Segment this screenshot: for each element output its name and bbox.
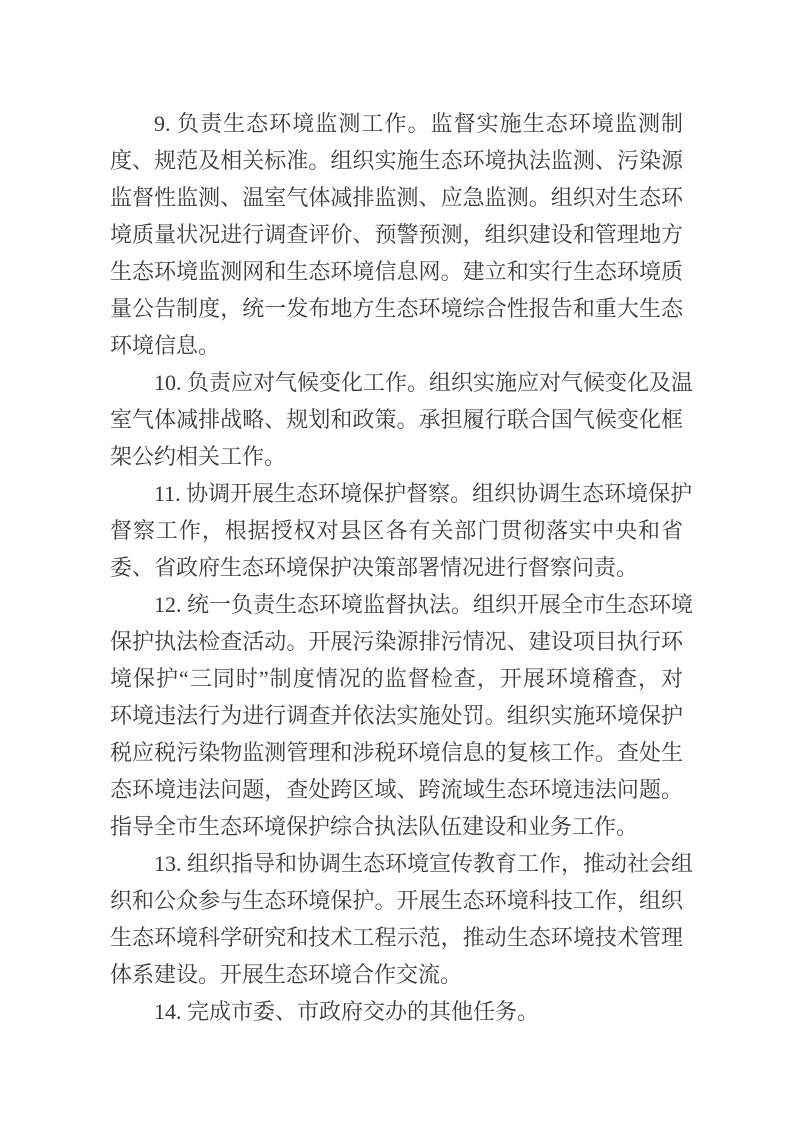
paragraph-item-14: 14. 完成市委、市政府交办的其他任务。	[110, 993, 683, 1030]
paragraph-item-9: 9. 负责生态环境监测工作。监督实施生态环境监测制度、规范及相关标准。组织实施生…	[110, 105, 683, 364]
text-line: 13. 组织指导和协调生态环境宣传教育工作，推动社会组	[110, 845, 683, 882]
text-line: 14. 完成市委、市政府交办的其他任务。	[110, 993, 683, 1030]
text-line: 指导全市生态环境保护综合执法队伍建设和业务工作。	[110, 808, 683, 845]
text-line: 架公约相关工作。	[110, 438, 683, 475]
text-line: 织和公众参与生态环境保护。开展生态环境科技工作，组织	[110, 882, 683, 919]
text-line: 监督性监测、温室气体减排监测、应急监测。组织对生态环	[110, 179, 683, 216]
text-line: 体系建设。开展生态环境合作交流。	[110, 956, 683, 993]
text-line: 10. 负责应对气候变化工作。组织实施应对气候变化及温	[110, 364, 683, 401]
text-line: 生态环境监测网和生态环境信息网。建立和实行生态环境质	[110, 253, 683, 290]
text-line: 度、规范及相关标准。组织实施生态环境执法监测、污染源	[110, 142, 683, 179]
text-line: 室气体减排战略、规划和政策。承担履行联合国气候变化框	[110, 401, 683, 438]
paragraph-item-12: 12. 统一负责生态环境监督执法。组织开展全市生态环境保护执法检查活动。开展污染…	[110, 586, 683, 845]
document-body: 9. 负责生态环境监测工作。监督实施生态环境监测制度、规范及相关标准。组织实施生…	[110, 105, 683, 1030]
text-line: 生态环境科学研究和技术工程示范，推动生态环境技术管理	[110, 919, 683, 956]
text-line: 态环境违法问题，查处跨区域、跨流域生态环境违法问题。	[110, 771, 683, 808]
text-line: 9. 负责生态环境监测工作。监督实施生态环境监测制	[110, 105, 683, 142]
paragraph-item-13: 13. 组织指导和协调生态环境宣传教育工作，推动社会组织和公众参与生态环境保护。…	[110, 845, 683, 993]
text-line: 境保护“三同时”制度情况的监督检查，开展环境稽查，对	[110, 660, 683, 697]
text-line: 督察工作，根据授权对县区各有关部门贯彻落实中央和省	[110, 512, 683, 549]
text-line: 保护执法检查活动。开展污染源排污情况、建设项目执行环	[110, 623, 683, 660]
paragraph-item-11: 11. 协调开展生态环境保护督察。组织协调生态环境保护督察工作，根据授权对县区各…	[110, 475, 683, 586]
paragraph-item-10: 10. 负责应对气候变化工作。组织实施应对气候变化及温室气体减排战略、规划和政策…	[110, 364, 683, 475]
text-line: 11. 协调开展生态环境保护督察。组织协调生态环境保护	[110, 475, 683, 512]
text-line: 12. 统一负责生态环境监督执法。组织开展全市生态环境	[110, 586, 683, 623]
text-line: 委、省政府生态环境保护决策部署情况进行督察问责。	[110, 549, 683, 586]
text-line: 环境信息。	[110, 327, 683, 364]
document-page: 9. 负责生态环境监测工作。监督实施生态环境监测制度、规范及相关标准。组织实施生…	[0, 0, 793, 1122]
text-line: 环境违法行为进行调查并依法实施处罚。组织实施环境保护	[110, 697, 683, 734]
text-line: 境质量状况进行调查评价、预警预测，组织建设和管理地方	[110, 216, 683, 253]
text-line: 量公告制度，统一发布地方生态环境综合性报告和重大生态	[110, 290, 683, 327]
text-line: 税应税污染物监测管理和涉税环境信息的复核工作。查处生	[110, 734, 683, 771]
